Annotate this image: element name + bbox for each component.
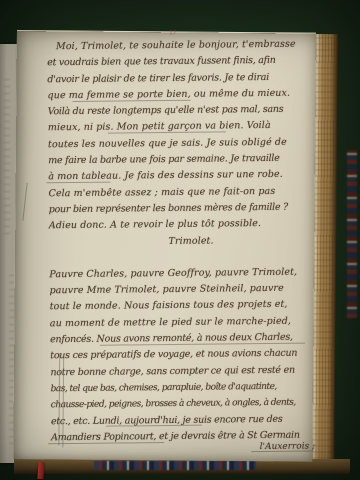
letter-line: et voudrais bien que tes travaux fussent…: [47, 53, 313, 72]
signature: Trimolet.: [49, 232, 315, 251]
letter-line: pour bien représenter les bonnes mères d…: [49, 199, 315, 218]
page-number: 17: [169, 29, 177, 36]
marbled-cover-edge: [347, 150, 357, 318]
ghost-writing: [4, 74, 10, 234]
red-bookmark-ribbon: [37, 462, 44, 479]
photographed-letter-scene: 17 Moi, Trimolet, te souhaite le bonjour…: [0, 0, 360, 480]
letter-page: 17 Moi, Trimolet, te souhaite le bonjour…: [13, 31, 316, 462]
letter-text: Moi, Trimolet, te souhaite le bonjour, t…: [47, 36, 317, 457]
marbled-band: [94, 461, 256, 470]
margin-pencil-bracket: [22, 183, 32, 221]
letter-line: Voilà du reste longtemps qu'elle n'est p…: [48, 102, 314, 121]
